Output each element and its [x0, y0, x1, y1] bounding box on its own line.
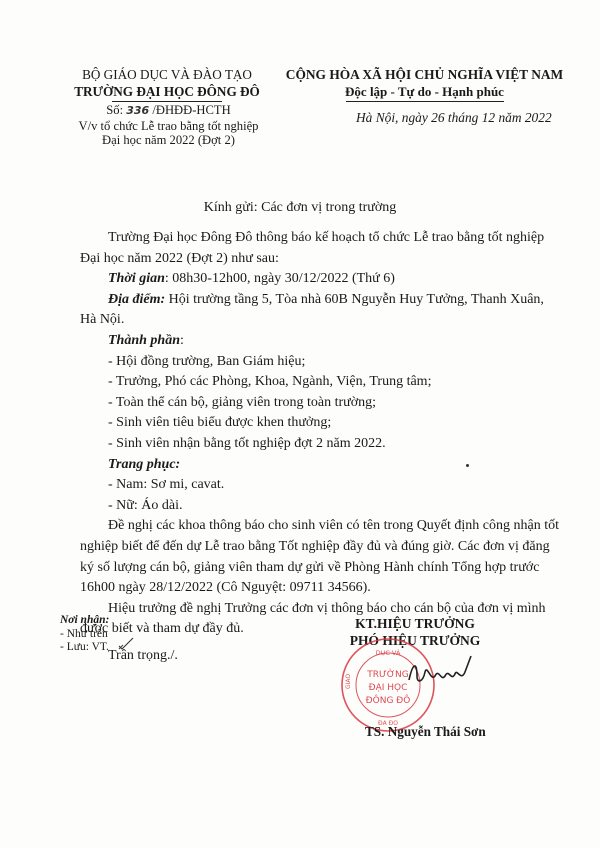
subject-line-1: V/v tổ chức Lễ trao bằng tốt nghiệp [66, 119, 271, 134]
handwritten-number: 336 [126, 104, 149, 117]
svg-text:ĐẠI HỌC: ĐẠI HỌC [369, 683, 408, 693]
recipient-item: - Lưu: VT. [60, 641, 109, 655]
time-label: Thời gian [108, 271, 165, 286]
scan-speck [466, 464, 469, 467]
svg-text:DỤC VÀ: DỤC VÀ [376, 648, 401, 657]
signature-line-1: KT.HIỆU TRƯỞNG [320, 615, 510, 632]
participant-item: - Trưởng, Phó các Phòng, Khoa, Ngành, Vi… [80, 372, 560, 393]
subject-line-2: Đại học năm 2022 (Đợt 2) [66, 133, 271, 148]
place-date: Hà Nội, ngày 26 tháng 12 năm 2022 [356, 110, 552, 126]
participant-item: - Toàn thể cán bộ, giảng viên trong toàn… [80, 393, 560, 414]
issuer-header: BỘ GIÁO DỤC VÀ ĐÀO TẠO TRƯỜNG ĐẠI HỌC ĐÔ… [72, 66, 262, 102]
venue-label: Địa điểm: [108, 292, 165, 307]
svg-text:GIÁO: GIÁO [345, 674, 352, 689]
recipients-title: Nơi nhận: [60, 614, 109, 628]
recipient-item: - Như trên [60, 628, 109, 642]
participant-item: - Hội đồng trường, Ban Giám hiệu; [80, 352, 560, 373]
dress-heading: Trang phục: [80, 455, 560, 476]
motto-underline [346, 101, 504, 102]
national-motto: Độc lập - Tự do - Hạnh phúc [272, 83, 577, 100]
national-header: CỘNG HÒA XÃ HỘI CHỦ NGHĨA VIỆT NAM Độc l… [272, 66, 577, 102]
reference-number: Số: 336 /ĐHĐĐ-HCTH [66, 103, 271, 119]
svg-text:ĐÔNG ĐÔ: ĐÔNG ĐÔ [366, 694, 411, 706]
request-paragraph: Đề nghị các khoa thông báo cho sinh viên… [80, 516, 560, 598]
country-name: CỘNG HÒA XÃ HỘI CHỦ NGHĨA VIỆT NAM [272, 66, 577, 83]
header-underline [112, 101, 222, 102]
svg-text:TRƯỜNG: TRƯỜNG [366, 668, 408, 680]
initial-mark-icon [118, 637, 134, 651]
dress-item: - Nam: Sơ mi, cavat. [80, 475, 560, 496]
intro-paragraph: Trường Đại học Đông Đô thông báo kế hoạc… [80, 228, 560, 269]
venue-line: Địa điểm: Hội trường tầng 5, Tòa nhà 60B… [80, 290, 560, 331]
document-reference: Số: 336 /ĐHĐĐ-HCTH V/v tổ chức Lễ trao b… [66, 103, 271, 148]
time-line: Thời gian: 08h30-12h00, ngày 30/12/2022 … [80, 269, 560, 290]
dress-item: - Nữ: Áo dài. [80, 496, 560, 517]
signer-name: TS. Nguyễn Thái Sơn [365, 724, 486, 740]
participants-heading: Thành phần: [80, 331, 560, 352]
recipients-block: Nơi nhận: - Như trên - Lưu: VT. [60, 614, 109, 655]
school-name: TRƯỜNG ĐẠI HỌC ĐÔNG ĐÔ [72, 83, 262, 100]
greeting: Kính gửi: Các đơn vị trong trường [0, 200, 600, 216]
document-body: Trường Đại học Đông Đô thông báo kế hoạc… [80, 228, 560, 666]
participant-item: - Sinh viên nhận bằng tốt nghiệp đợt 2 n… [80, 434, 560, 455]
ministry-name: BỘ GIÁO DỤC VÀ ĐÀO TẠO [72, 66, 262, 83]
time-value: : 08h30-12h00, ngày 30/12/2022 (Thứ 6) [165, 271, 395, 286]
participant-item: - Sinh viên tiêu biểu được khen thưởng; [80, 413, 560, 434]
handwritten-signature-icon [405, 652, 485, 692]
